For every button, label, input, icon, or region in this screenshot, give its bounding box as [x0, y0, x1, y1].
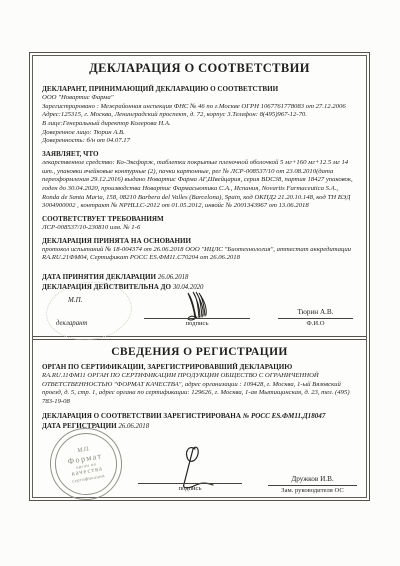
registration-section: СВЕДЕНИЯ О РЕГИСТРАЦИИ ОРГАН ПО СЕРТИФИК… [33, 340, 366, 502]
signature-line [138, 483, 242, 484]
registered-row: ДЕКЛАРАЦИЯ О СООТВЕТСТВИИ ЗАРЕГИСТРИРОВА… [42, 412, 357, 420]
registrar-signature-block: подпись [138, 444, 242, 492]
stamp-mp-label: М.П. [77, 446, 90, 455]
registrar-caption: Зам. руководителя ОС [268, 487, 357, 494]
declarant-line: Зарегистрировано : Межрайонная инспекция… [42, 103, 357, 112]
date-accepted-row: ДАТА ПРИНЯТИЯ ДЕКЛАРАЦИИ 26.06.2018 [42, 273, 357, 281]
declaration-signature-row: М.П. декларант подпись [42, 291, 357, 336]
declarant-line: В лице:Генеральный директор Колерова Н.А… [42, 120, 357, 129]
scanned-declaration-page: { "doc": { "section1": { "title": "ДЕКЛА… [0, 0, 400, 566]
signer-caption: Ф.И.О [278, 320, 353, 327]
stamp-small-text-1: орган по [76, 461, 97, 470]
stamp-word-1: Формат [67, 451, 103, 466]
stamp-small-text-2: сертификации [72, 472, 106, 483]
conforms-requirements: ЛСР-008537/10-230810 изм. № 1-6 [42, 224, 357, 233]
declarant-line: ООО "Новартис Фарма" [42, 94, 357, 103]
valid-until-value: 30.04.2020 [173, 284, 204, 291]
declarant-heading: ДЕКЛАРАНТ, ПРИНИМАЮЩИЙ ДЕКЛАРАЦИЮ О СООТ… [42, 85, 357, 94]
seal-place: М.П. декларант [44, 296, 144, 327]
basis-heading: ДЕКЛАРАЦИЯ ПРИНЯТА НА ОСНОВАНИИ [42, 237, 357, 246]
cert-body-heading: ОРГАН ПО СЕРТИФИКАЦИИ, ЗАРЕГИСТРИРОВАВШИ… [42, 363, 357, 372]
certification-body-round-stamp: М.П. Формат орган по качества сертификац… [44, 422, 127, 505]
registered-label: ДЕКЛАРАЦИЯ О СООТВЕТСТВИИ ЗАРЕГИСТРИРОВА… [42, 412, 241, 420]
signature-caption: подпись [186, 320, 209, 327]
document-frame: ДЕКЛАРАЦИЯ О СООТВЕТСТВИИ ДЕКЛАРАНТ, ПРИ… [29, 52, 370, 501]
signature-line [144, 318, 250, 319]
signer-name: Тюрин А.В. [278, 308, 353, 319]
document-inner-frame: ДЕКЛАРАЦИЯ О СООТВЕТСТВИИ ДЕКЛАРАНТ, ПРИ… [32, 55, 367, 498]
basis-text: протокол испытаний № 18-004374 от 26.06.… [42, 246, 357, 263]
registration-title: СВЕДЕНИЯ О РЕГИСТРАЦИИ [42, 346, 357, 358]
registrar-name-block: Дружков И.В. Зам. руководителя ОС [268, 475, 357, 494]
conforms-heading: СООТВЕТСТВУЕТ ТРЕБОВАНИЯМ [42, 215, 357, 224]
date-accepted-label: ДАТА ПРИНЯТИЯ ДЕКЛАРАЦИИ [42, 273, 156, 281]
signer-name-block: Тюрин А.В. Ф.И.О [278, 308, 353, 327]
registered-number: № РОСС ES.ФМ11.Д18047 [243, 412, 326, 420]
signature-block: подпись [144, 291, 250, 327]
declarant-line: Доверенное лицо: Тюрин А.В. [42, 129, 357, 138]
date-accepted-value: 26.06.2018 [158, 274, 189, 281]
product-description: лекарственное средство: Ко-Эксфорж, табл… [42, 159, 357, 211]
signature-scribble-icon [169, 291, 225, 321]
declares-heading: ЗАЯВЛЯЕТ, ЧТО [42, 150, 357, 159]
cert-body-text: RA.RU.11ФМ11 ОРГАН ПО СЕРТИФИКАЦИИ ПРОДУ… [42, 372, 357, 407]
declaration-title: ДЕКЛАРАЦИЯ О СООТВЕТСТВИИ [42, 61, 357, 76]
registration-signature-row: М.П. Формат орган по качества сертификац… [42, 432, 357, 502]
declarant-line: Адрес:125315, г. Москва, Ленинградский п… [42, 111, 357, 120]
reg-date-value: 26.06.2018 [119, 423, 150, 430]
signature-caption: подпись [179, 485, 202, 492]
declaration-section: ДЕКЛАРАЦИЯ О СООТВЕТСТВИИ ДЕКЛАРАНТ, ПРИ… [33, 56, 366, 336]
declarant-line: Доверенность: б/н от 04.07.17 [42, 137, 357, 146]
registrar-name: Дружков И.В. [268, 475, 357, 486]
stamp-word-2: качества [71, 465, 103, 478]
